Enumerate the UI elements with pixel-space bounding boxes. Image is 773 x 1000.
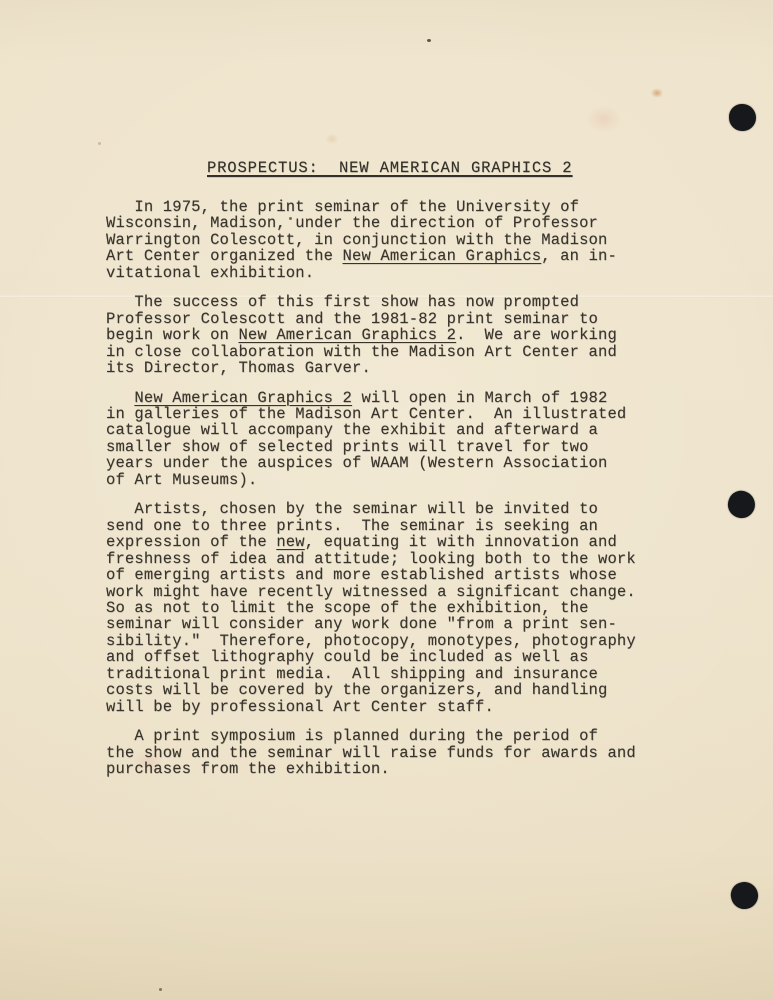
text-line: send one to three prints. The seminar is… [106,518,666,534]
text-line: In 1975, the print seminar of the Univer… [106,199,666,215]
text-line: the show and the seminar will raise fund… [106,745,666,761]
text-line: costs will be covered by the organizers,… [106,682,666,698]
text-line: expression of the new, equating it with … [106,534,666,550]
text-line: its Director, Thomas Garver. [106,360,666,376]
text-line: and offset lithography could be included… [106,649,666,665]
text-line: Artists, chosen by the seminar will be i… [106,501,666,517]
paragraph: A print symposium is planned during the … [106,728,666,777]
hole-punch-mark [729,104,756,131]
text-line: purchases from the exhibition. [106,761,666,777]
text-line: in galleries of the Madison Art Center. … [106,406,666,422]
text-line: Wisconsin, Madison, under the direction … [106,215,666,231]
document-body: In 1975, the print seminar of the Univer… [106,199,666,778]
hole-punch-mark [728,879,760,911]
paper-speck [427,39,431,42]
text-line: will be by professional Art Center staff… [106,699,666,715]
text-line: begin work on New American Graphics 2. W… [106,327,666,343]
text-line: New American Graphics 2 will open in Mar… [106,390,666,406]
text-line: Professor Colescott and the 1981-82 prin… [106,311,666,327]
text-line: smaller show of selected prints will tra… [106,439,666,455]
text-line: of emerging artists and more established… [106,567,666,583]
scanned-document-page: PROSPECTUS: NEW AMERICAN GRAPHICS 2 In 1… [0,0,773,1000]
paragraph: New American Graphics 2 will open in Mar… [106,390,666,489]
hole-punch-mark [724,487,759,522]
paragraph: The success of this first show has now p… [106,294,666,376]
paragraph: Artists, chosen by the seminar will be i… [106,501,666,715]
text-line: vitational exhibition. [106,265,666,281]
document-title: PROSPECTUS: NEW AMERICAN GRAPHICS 2 [207,159,572,177]
text-line: of Art Museums). [106,472,666,488]
text-line: Warrington Colescott, in conjunction wit… [106,232,666,248]
text-line: sibility." Therefore, photocopy, monotyp… [106,633,666,649]
text-line: years under the auspices of WAAM (Wester… [106,455,666,471]
text-line: seminar will consider any work done "fro… [106,616,666,632]
paragraph: In 1975, the print seminar of the Univer… [106,199,666,281]
text-line: freshness of idea and attitude; looking … [106,551,666,567]
text-line: A print symposium is planned during the … [106,728,666,744]
text-line: Art Center organized the New American Gr… [106,248,666,264]
text-line: traditional print media. All shipping an… [106,666,666,682]
text-line: in close collaboration with the Madison … [106,344,666,360]
text-line: So as not to limit the scope of the exhi… [106,600,666,616]
text-line: work might have recently witnessed a sig… [106,584,666,600]
paper-speck [98,142,101,145]
text-line: The success of this first show has now p… [106,294,666,310]
text-line: catalogue will accompany the exhibit and… [106,422,666,438]
paper-speck [159,988,162,991]
